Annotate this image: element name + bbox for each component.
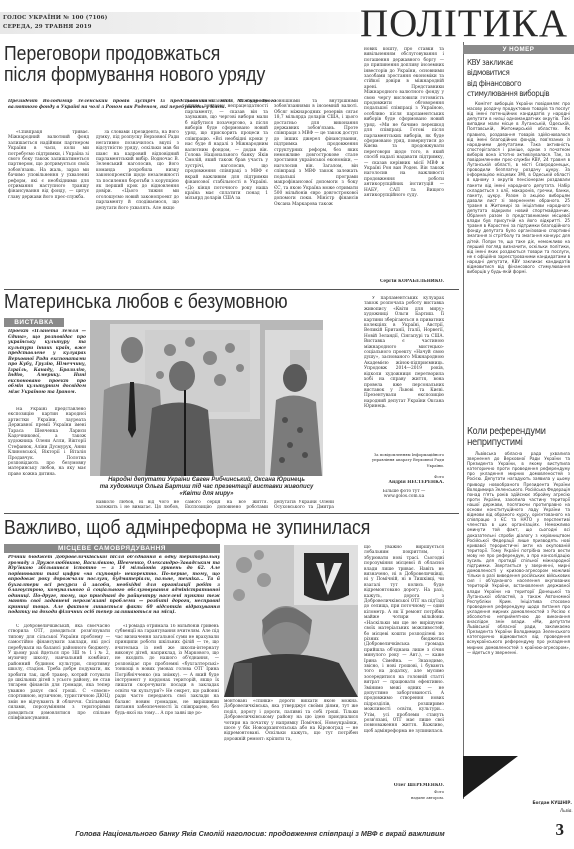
official-photo-image — [224, 545, 358, 697]
page-number: 3 — [556, 820, 565, 840]
article1-col2: За словами Президента, на його думку, пі… — [96, 130, 179, 285]
section-title: ПОЛІТИКА — [360, 4, 568, 43]
exhibition-photo — [90, 320, 323, 476]
exhibition-photo-caption: Народні депутати України Євген Рибчинськ… — [90, 477, 323, 499]
article2-col4: депутатів України Олени Осуховського та … — [274, 500, 334, 510]
sidebar-article2-headline[interactable]: Коли референдуми неприпустимі — [467, 426, 573, 448]
article3-col1: С Добровеличківській, яка своєчасно ство… — [8, 624, 110, 802]
footer-headline[interactable]: Голова Національного банку Яків Смолій н… — [70, 829, 450, 838]
article3-lead: Річний бюджет Добровеличківської після о… — [8, 555, 220, 622]
sidebar-article2-signature: Богдан КУШНІР. — [520, 800, 572, 806]
more-photos-link[interactable]: Більше фото тут — www.golos.com.ua — [374, 489, 434, 501]
article3-headline[interactable]: Важливо, щоб адмінреформа не зупинилася — [4, 518, 370, 539]
article1-headline-line1: Переговори продовжаться — [4, 44, 265, 65]
sidebar-article1-body: Комітет виборців України повідомляє про … — [467, 101, 570, 424]
corner-decoration — [463, 756, 518, 798]
article2-col1: На Україні представлено експозицію карти… — [8, 407, 86, 510]
sidebar-article2-body: Львівська обласна рада ухвалила зверненн… — [467, 451, 570, 781]
article2-photo-credit: Андрія НЕСТЕРЕНКА. — [364, 480, 444, 486]
exhibition-photo-image — [90, 320, 323, 476]
article2-rubric: ВИСТАВКА — [4, 318, 64, 327]
article3-col3: монтовані «спінки» дороги виїхати якою м… — [224, 699, 358, 802]
divider — [4, 513, 459, 514]
sidebar-article2-location: Львів. — [560, 808, 574, 814]
issue-number: ГОЛОС УКРАЇНИ № 100 (7106) — [3, 15, 108, 21]
official-photo — [224, 545, 358, 697]
article3-rubric: МІСЦЕВЕ САМОВРЯДУВАННЯ — [4, 544, 220, 553]
article3-col2: «Громада отримала 16 мільйонів гривень с… — [115, 624, 219, 802]
sidebar-rubric: У НОМЕР — [463, 45, 574, 54]
article3-col4: що уважно вирішується лобальним покриття… — [364, 545, 444, 783]
article1-signature: Сергій КОРАБЕЛЬНИКО. — [364, 279, 444, 286]
article1-col5: нових кошту, про ставки та вивільненням … — [364, 47, 444, 279]
article3-photo-credit: надане автором. — [364, 795, 444, 801]
article2-col2: навколо любов, ні від чого не залежить і… — [96, 500, 179, 510]
article2-lead: Проект «Планета Земля — Єдина», що розпо… — [8, 329, 86, 406]
article1-headline-line2: після формування нового уряду — [4, 65, 265, 86]
article1-headline[interactable]: Переговори продовжаться після формування… — [4, 44, 265, 86]
article2-col3: самого серця на все життя. Експозицію до… — [185, 500, 268, 510]
article1-col1: «Співпраця триває. Міжнародний валютний … — [8, 130, 89, 285]
article2-source: За повідомленням Інформаційного управлін… — [364, 452, 444, 474]
sidebar-article1-headline[interactable]: КВУ закликає відмовитися від фінансового… — [467, 57, 573, 99]
issue-date: СЕРЕДА, 29 ТРАВНЯ 2019 — [3, 24, 92, 30]
article1-col3: цього не станеться, то буде ще одним док… — [185, 99, 268, 285]
article2-headline[interactable]: Материнська любов є безумовною — [4, 292, 288, 313]
article1-col4: зовнішніми та внутрішніми зобов'язаннями… — [274, 99, 358, 285]
article2-right-col: У парламентських кулуарах також розпочал… — [364, 296, 444, 451]
